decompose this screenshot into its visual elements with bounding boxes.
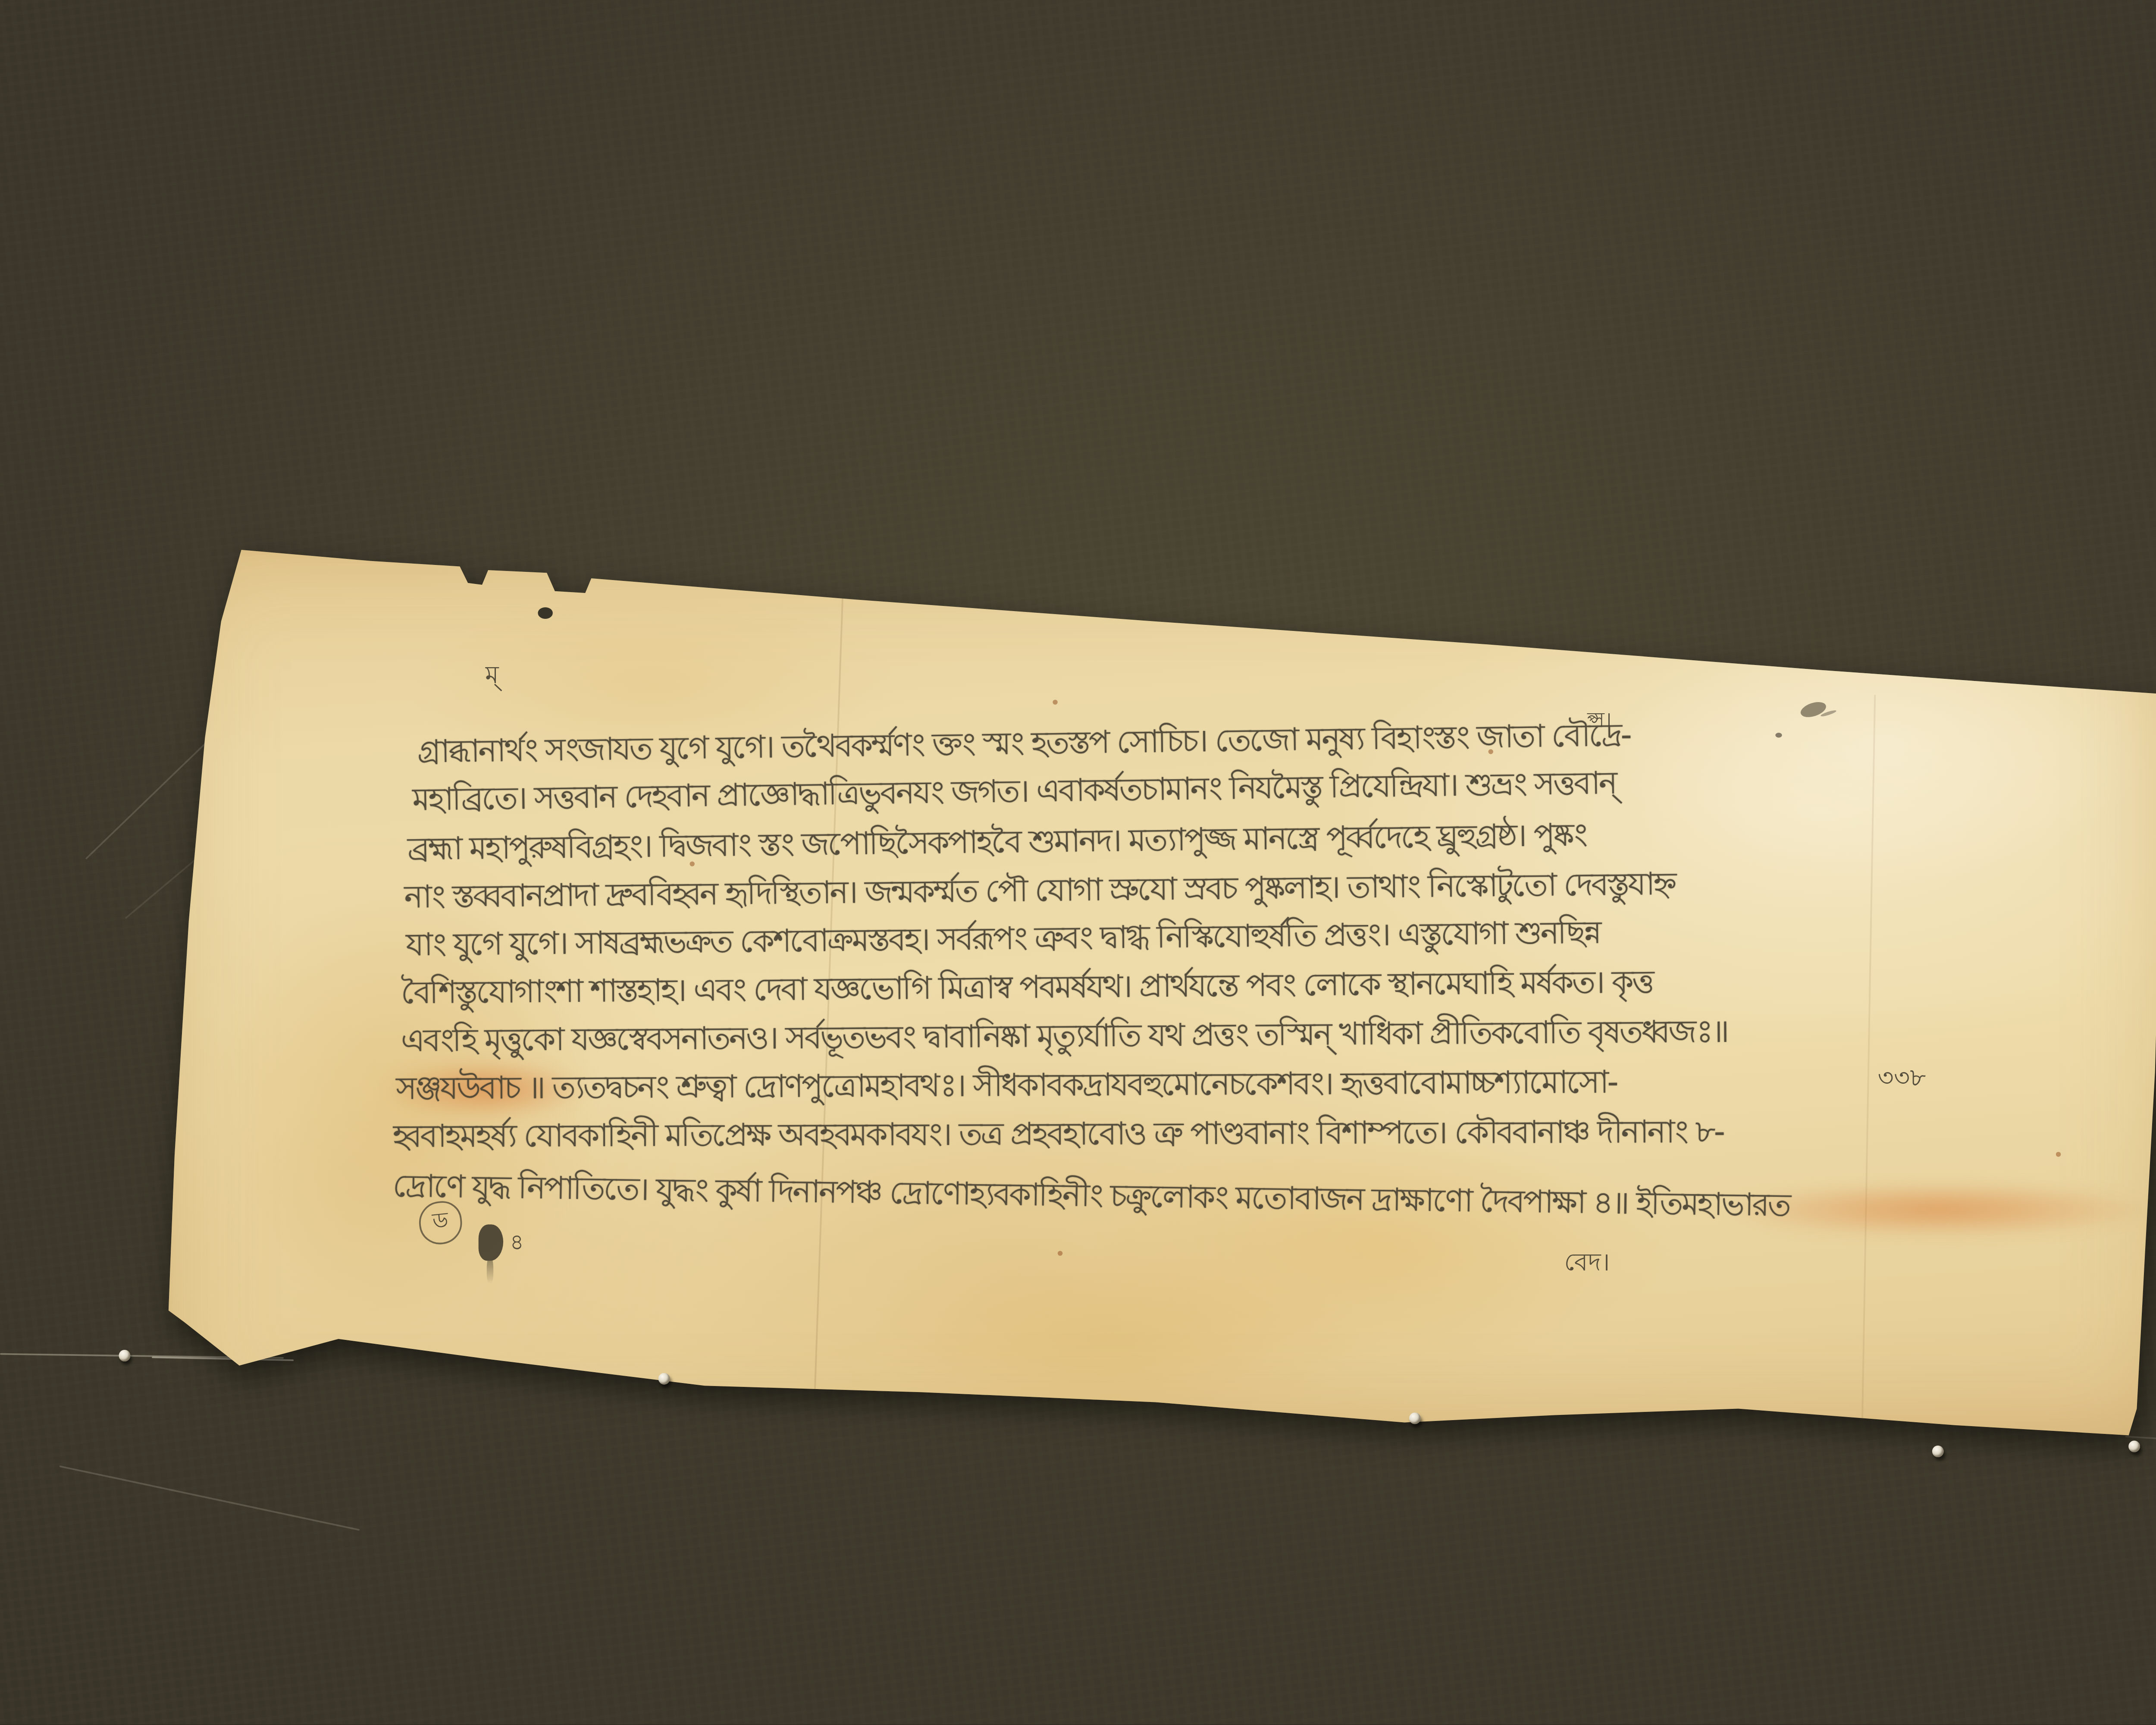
bottom-left-number: ৪ bbox=[510, 1228, 523, 1262]
paper-stain bbox=[868, 1248, 1363, 1429]
manuscript-leaf-wrap: গ্রাব্ধানার্থং সংজাযত যুগে যুগে। তথৈবকর্… bbox=[158, 538, 2156, 1455]
mounting-pin bbox=[1932, 1446, 1944, 1457]
ink-speck bbox=[2056, 1152, 2061, 1157]
manuscript-line: হ্ববাহমহর্ষ্য যোবকাহিনী মতিপ্রেক্ষ অবহবম… bbox=[393, 1109, 1724, 1167]
manuscript-line: দ্রোণে যুদ্ধ নিপাতিতে। যুদ্ধং কুর্ষা দিন… bbox=[393, 1164, 1790, 1236]
photograph-stage: গ্রাব্ধানার্থং সংজাযত যুগে যুগে। তথৈবকর্… bbox=[0, 0, 2156, 1725]
manuscript-text-block: গ্রাব্ধানার্থং সংজাযত যুগে যুগে। তথৈবকর্… bbox=[393, 709, 1957, 1254]
folio-number: ৩৩৮ bbox=[1878, 1060, 1926, 1101]
manuscript-leaf: গ্রাব্ধানার্থং সংজাযত যুগে যুগে। তথৈবকর্… bbox=[158, 538, 2156, 1455]
ink-speck bbox=[1053, 699, 1057, 704]
bottom-center-word: বেদ। bbox=[1564, 1244, 1610, 1286]
interlinear-insert-mark: প্স। bbox=[1587, 706, 1611, 740]
mounting-pin bbox=[119, 1350, 131, 1361]
paper-hole bbox=[538, 607, 552, 619]
mounting-pin bbox=[1409, 1413, 1421, 1424]
mounting-pin bbox=[2128, 1441, 2140, 1452]
top-left-margin-mark: ম্ bbox=[485, 657, 499, 698]
mounting-pin bbox=[658, 1373, 670, 1385]
